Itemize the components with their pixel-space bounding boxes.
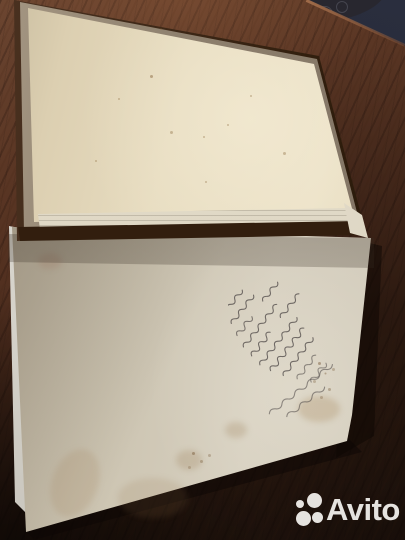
foxing-dot [205, 181, 207, 183]
avito-logo-icon [294, 492, 324, 528]
foxing-dot [227, 124, 229, 126]
foxing-dot [170, 131, 173, 134]
stain-speckles [192, 452, 195, 455]
watermark-label: Avito [326, 492, 400, 528]
foxing-dot [203, 136, 205, 138]
stain [118, 478, 188, 518]
foxing-dot [95, 160, 97, 162]
foxing-dot [250, 95, 252, 97]
listing-photo: Avito [0, 0, 405, 540]
foxing-dot [150, 75, 153, 78]
ornament-ring [336, 1, 348, 13]
foxing-dot [160, 28, 162, 30]
stain [176, 450, 202, 470]
foxing-dot [283, 152, 286, 155]
avito-watermark: Avito [294, 492, 400, 528]
foxing-dot [118, 98, 120, 100]
